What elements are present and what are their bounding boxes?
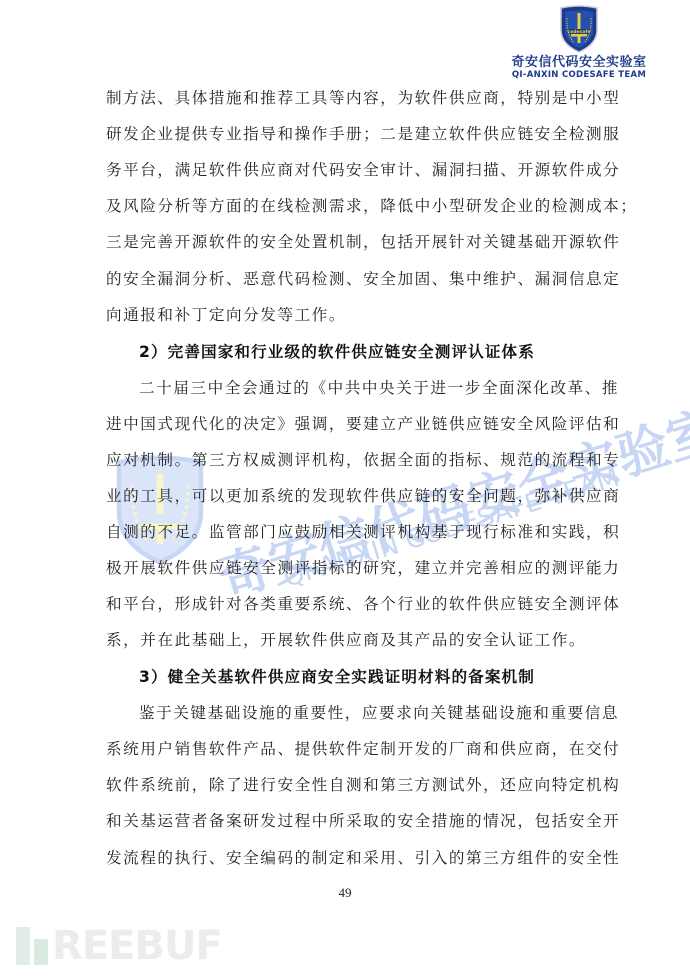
- freebuf-logo-bar-icon: [16, 927, 30, 965]
- page-number: 49: [0, 885, 690, 901]
- text-line: 二十届三中全会通过的《中共中央关于进一步全面深化改革、推: [106, 377, 590, 399]
- text-line: 向通报和补丁定向分发等工作。: [106, 304, 590, 326]
- text-line: 软件系统前，除了进行安全性自测和第三方测试外，还应向特定机构: [106, 774, 590, 796]
- freebuf-watermark: REEBUF: [16, 926, 222, 966]
- freebuf-logo-f-icon: [34, 939, 48, 965]
- text-line: 的安全漏洞分析、恶意代码检测、安全加固、集中维护、漏洞信息定: [106, 268, 590, 290]
- text-line: 业的工具，可以更加系统的发现软件供应链的安全问题，弥补供应商: [106, 485, 590, 507]
- header-logo: codesafe 奇安信代码安全实验室 QI-ANXIN CODESAFE TE…: [468, 4, 690, 84]
- text-line: 自测的不足。监管部门应鼓励相关测评机构基于现行标准和实践，积: [106, 521, 590, 543]
- text-line: 极开展软件供应链安全测评指标的研究，建立并完善相应的测评能力: [106, 557, 590, 579]
- svg-text:codesafe: codesafe: [567, 29, 590, 35]
- freebuf-text: REEBUF: [52, 926, 222, 966]
- text-line: 务平台，满足软件供应商对代码安全审计、漏洞扫描、开源软件成分: [106, 159, 590, 181]
- shield-logo-icon: codesafe: [557, 4, 601, 54]
- logo-english-name: QI-ANXIN CODESAFE TEAM: [468, 70, 690, 81]
- section-heading-3: 3）健全关基软件供应商安全实践证明材料的备案机制: [106, 666, 623, 688]
- text-line: 和关基运营者备案研发过程中所采取的安全措施的情况，包括安全开: [106, 810, 590, 832]
- text-line: 进中国式现代化的决定》强调，要建立产业链供应链安全风险评估和: [106, 413, 590, 435]
- text-line: 及风险分析等方面的在线检测需求，降低中小型研发企业的检测成本；: [106, 195, 590, 217]
- text-line: 发流程的执行、安全编码的制定和采用、引入的第三方组件的安全性: [106, 847, 590, 869]
- section-heading-2: 2）完善国家和行业级的软件供应链安全测评认证体系: [106, 341, 623, 363]
- text-line: 系统用户销售软件产品、提供软件定制开发的厂商和供应商，在交付: [106, 738, 590, 760]
- text-line: 三是完善开源软件的安全处置机制，包括开展针对关键基础开源软件: [106, 231, 590, 253]
- text-line: 系，并在此基础上，开展软件供应商及其产品的安全认证工作。: [106, 629, 590, 651]
- text-line: 鉴于关键基础设施的重要性，应要求向关键基础设施和重要信息: [106, 702, 590, 724]
- document-page: codesafe 奇安信代码安全实验室 QI-ANXIN CODESAFE TE…: [0, 0, 690, 976]
- text-line: 研发企业提供专业指导和操作手册；二是建立软件供应链安全检测服: [106, 123, 590, 145]
- text-line: 和平台，形成针对各类重要系统、各个行业的软件供应链安全测评体: [106, 593, 590, 615]
- text-line: 制方法、具体措施和推荐工具等内容，为软件供应商，特别是中小型: [106, 87, 590, 109]
- text-line: 应对机制。第三方权威测评机构，依据全面的指标、规范的流程和专: [106, 449, 590, 471]
- logo-chinese-name: 奇安信代码安全实验室: [468, 55, 690, 70]
